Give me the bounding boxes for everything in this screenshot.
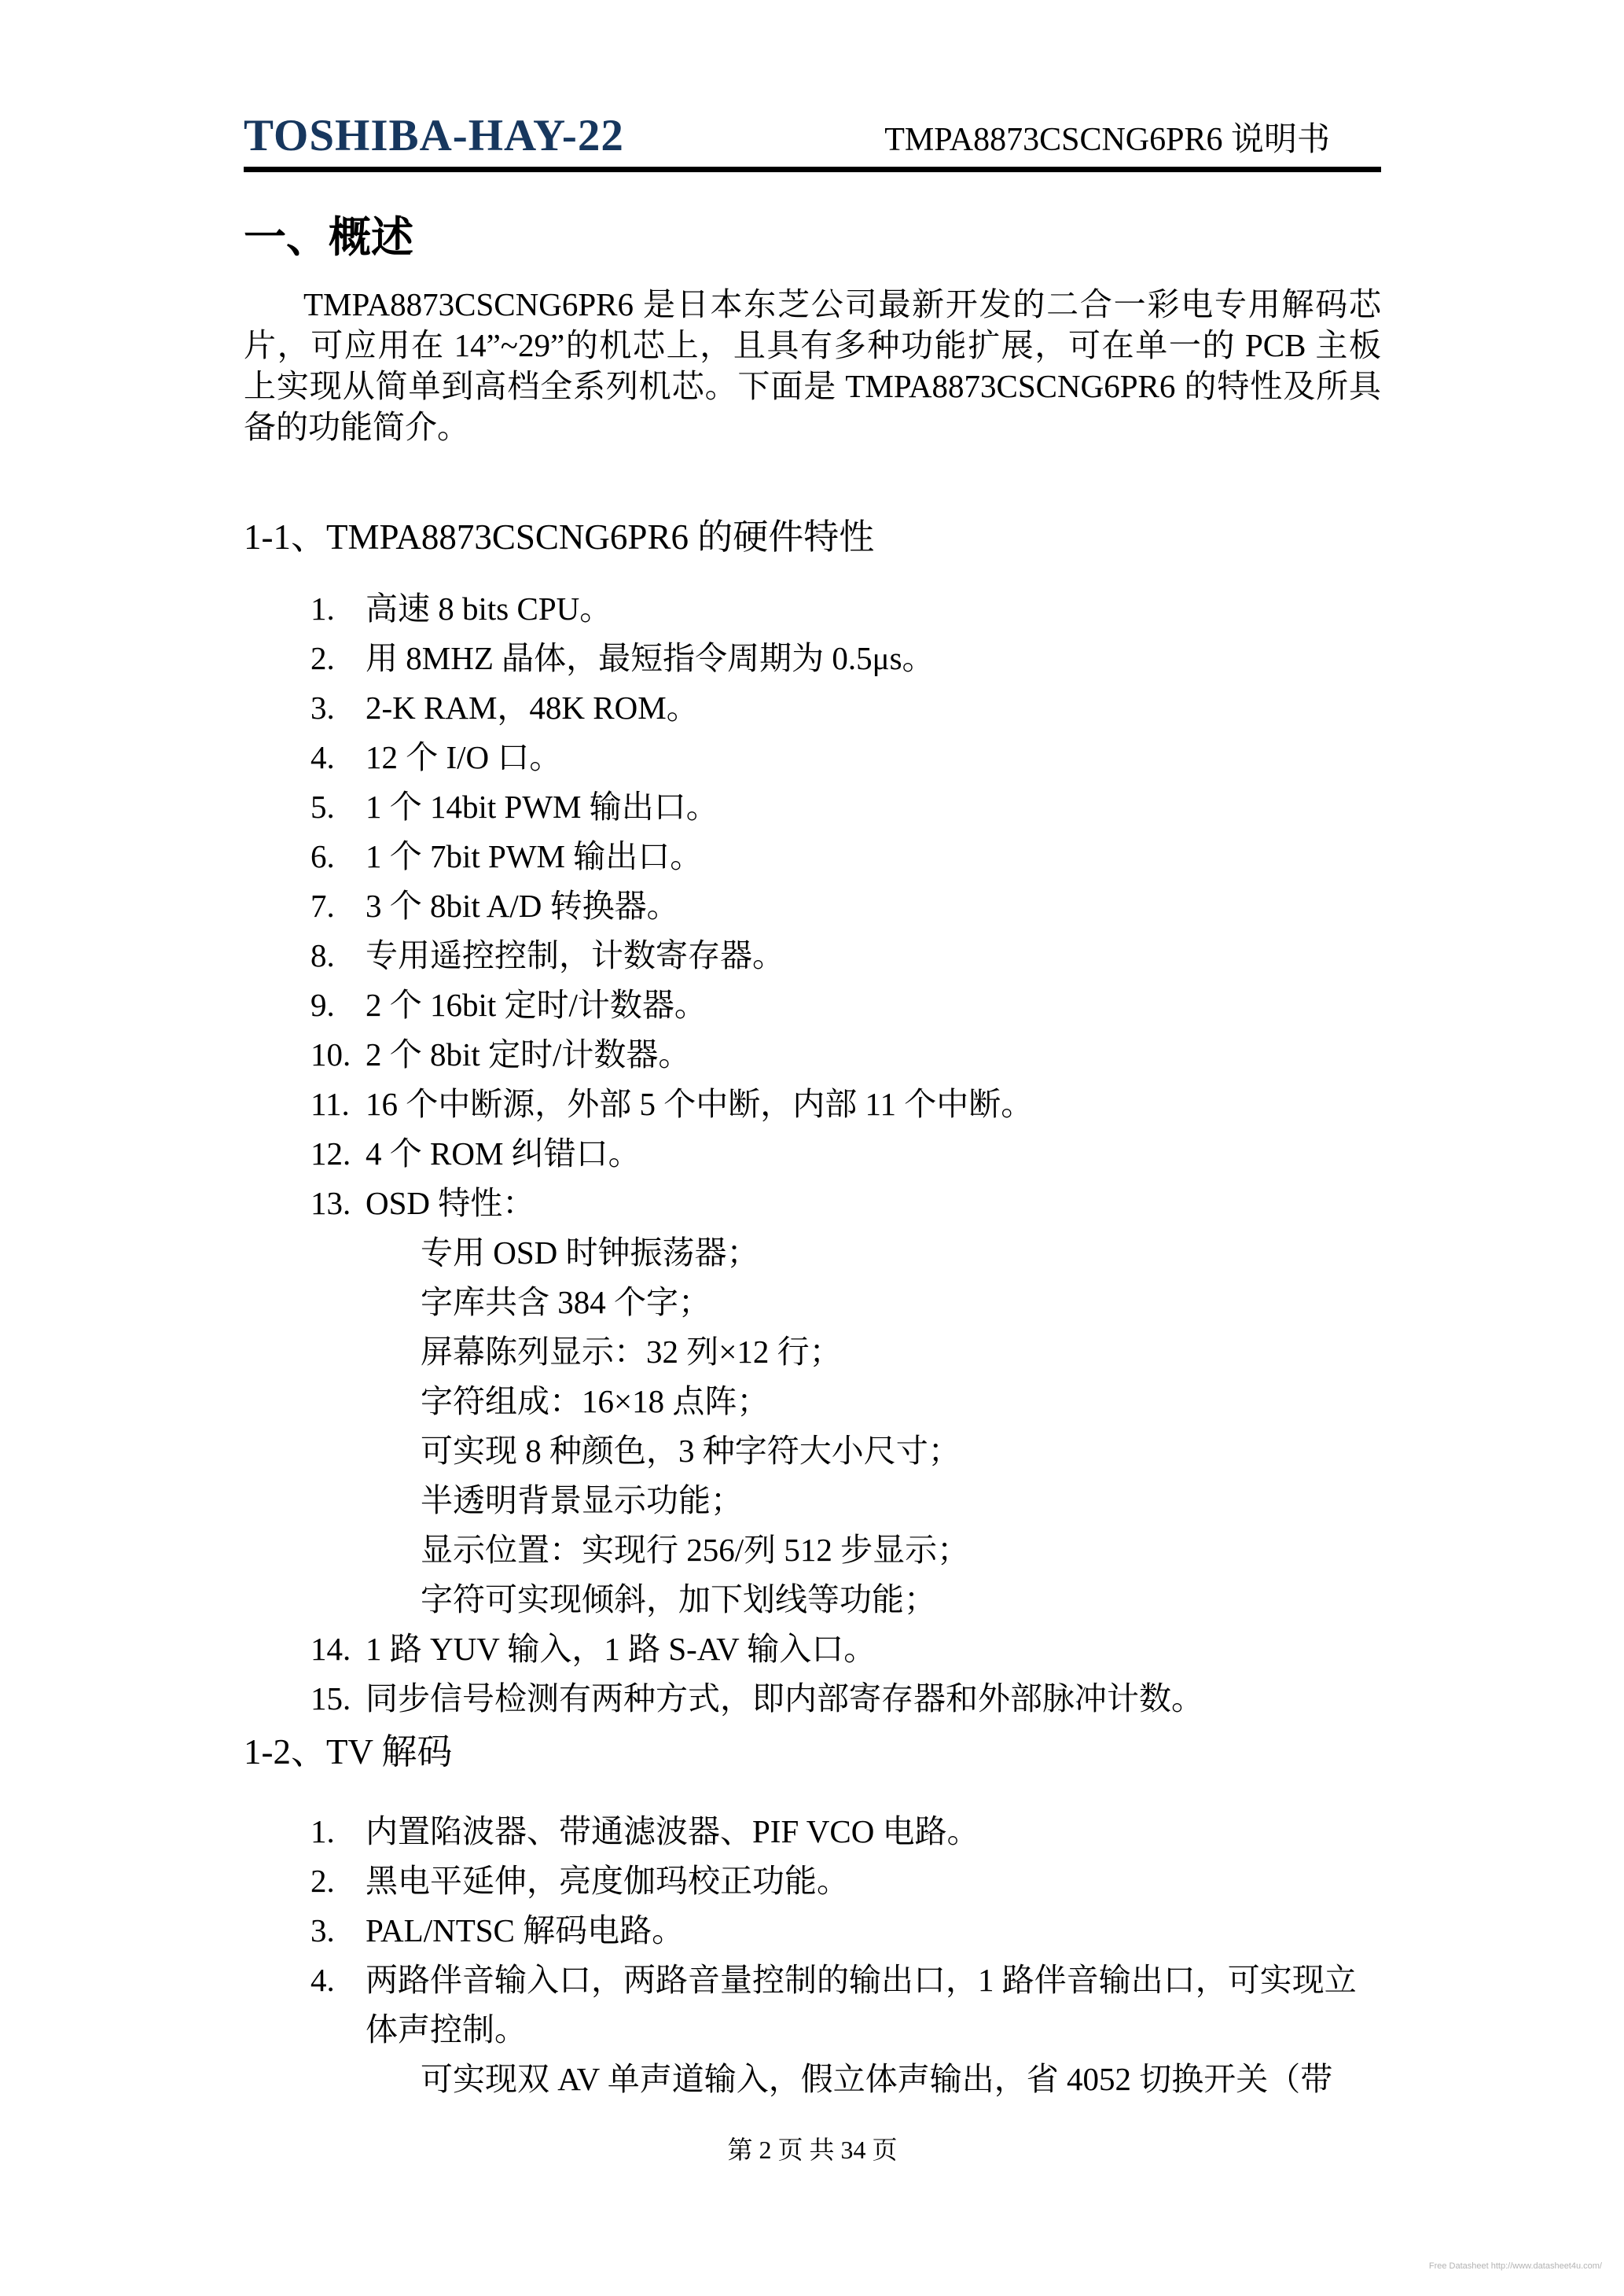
- list-item: 4.两路伴音输入口，两路音量控制的输出口，1 路伴音输出口，可实现立体声控制。: [244, 1956, 1381, 2055]
- hardware-feature-list: 1.高速 8 bits CPU。 2.用 8MHZ 晶体，最短指令周期为 0.5…: [244, 584, 1381, 1724]
- item-number: 3.: [310, 1906, 335, 1956]
- osd-detail-line: 字符可实现倾斜，加下划线等功能；: [244, 1575, 1381, 1624]
- list-item: 1.高速 8 bits CPU。: [244, 584, 1381, 634]
- list-item: 1.内置陷波器、带通滤波器、PIF VCO 电路。: [244, 1807, 1381, 1856]
- item-text: 2-K RAM，48K ROM。: [366, 690, 699, 726]
- header-doc-code: TOSHIBA-HAY-22: [244, 112, 624, 160]
- paragraph-line-3: 上实现从简单到高档全系列机芯。下面是 TMPA8873CSCNG6PR6 的特性…: [244, 366, 1381, 407]
- paragraph-line-2: 片，可应用在 14”~29”的机芯上，且具有多种功能扩展，可在单一的 PCB 主…: [244, 325, 1381, 366]
- list-item: 9.2 个 16bit 定时/计数器。: [244, 981, 1381, 1030]
- item-text: 1 个 14bit PWM 输出口。: [366, 789, 718, 825]
- watermark-text: Free Datasheet http://www.datasheet4u.co…: [1429, 2261, 1602, 2271]
- item-text: 2 个 16bit 定时/计数器。: [366, 987, 707, 1023]
- item-number: 6.: [310, 832, 335, 881]
- osd-detail-line: 半透明背景显示功能；: [244, 1476, 1381, 1525]
- osd-detail-line: 专用 OSD 时钟振荡器；: [244, 1228, 1381, 1278]
- page-content: TOSHIBA-HAY-22 TMPA8873CSCNG6PR6 说明书 一、概…: [244, 0, 1381, 2165]
- item-text: 高速 8 bits CPU。: [366, 591, 612, 627]
- list-item: 11.16 个中断源，外部 5 个中断，内部 11 个中断。: [244, 1080, 1381, 1129]
- page-header: TOSHIBA-HAY-22 TMPA8873CSCNG6PR6 说明书: [244, 112, 1381, 172]
- list-item: 4.12 个 I/O 口。: [244, 733, 1381, 782]
- list-item: 8.专用遥控控制，计数寄存器。: [244, 931, 1381, 981]
- item-number: 3.: [310, 683, 335, 733]
- list-item: 5.1 个 14bit PWM 输出口。: [244, 782, 1381, 832]
- paragraph-line-1: TMPA8873CSCNG6PR6 是日本东芝公司最新开发的二合一彩电专用解码芯: [244, 284, 1381, 325]
- item-text: 两路伴音输入口，两路音量控制的输出口，1 路伴音输出口，可实现立体声控制。: [366, 1962, 1357, 2048]
- item-text: 16 个中断源，外部 5 个中断，内部 11 个中断。: [366, 1086, 1033, 1122]
- osd-detail-line: 屏幕陈列显示：32 列×12 行；: [244, 1327, 1381, 1377]
- page-number: 第 2 页 共 34 页: [244, 2134, 1381, 2165]
- item-text: 黑电平延伸，亮度伽玛校正功能。: [366, 1863, 849, 1899]
- tv-section-heading: 1-2、TV 解码: [244, 1728, 1381, 1775]
- list-item: 13.OSD 特性：: [244, 1179, 1381, 1228]
- overview-paragraph: TMPA8873CSCNG6PR6 是日本东芝公司最新开发的二合一彩电专用解码芯…: [244, 284, 1381, 447]
- list-item: 2.用 8MHZ 晶体，最短指令周期为 0.5μs。: [244, 634, 1381, 683]
- osd-detail-line: 字符组成：16×18 点阵；: [244, 1377, 1381, 1426]
- item-text: 3 个 8bit A/D 转换器。: [366, 888, 679, 924]
- tv-feature-list: 1.内置陷波器、带通滤波器、PIF VCO 电路。 2.黑电平延伸，亮度伽玛校正…: [244, 1807, 1381, 2055]
- item-text: 专用遥控控制，计数寄存器。: [366, 937, 784, 973]
- item-number: 1.: [310, 584, 335, 634]
- list-item: 15.同步信号检测有两种方式，即内部寄存器和外部脉冲计数。: [244, 1674, 1381, 1724]
- item-text: 同步信号检测有两种方式，即内部寄存器和外部脉冲计数。: [366, 1680, 1203, 1716]
- list-item: 10.2 个 8bit 定时/计数器。: [244, 1030, 1381, 1080]
- item-number: 4.: [310, 1956, 335, 2005]
- list-item: 14.1 路 YUV 输入，1 路 S-AV 输入口。: [244, 1624, 1381, 1674]
- osd-detail-line: 字库共含 384 个字；: [244, 1278, 1381, 1327]
- item-text: 1 个 7bit PWM 输出口。: [366, 838, 702, 874]
- paragraph-line-4: 备的功能简介。: [244, 407, 1381, 447]
- osd-detail-line: 显示位置：实现行 256/列 512 步显示；: [244, 1525, 1381, 1575]
- overview-heading: 一、概述: [244, 213, 1381, 262]
- list-item: 6.1 个 7bit PWM 输出口。: [244, 832, 1381, 881]
- item-text: PAL/NTSC 解码电路。: [366, 1912, 684, 1948]
- item-number: 2.: [310, 634, 335, 683]
- document-page: TOSHIBA-HAY-22 TMPA8873CSCNG6PR6 说明书 一、概…: [0, 0, 1624, 2296]
- item-number: 8.: [310, 931, 335, 981]
- list-item: 3.2-K RAM，48K ROM。: [244, 683, 1381, 733]
- item-number: 2.: [310, 1856, 335, 1906]
- list-item: 12.4 个 ROM 纠错口。: [244, 1129, 1381, 1179]
- tv-item4-continuation: 可实现双 AV 单声道输入，假立体声输出，省 4052 切换开关（带: [244, 2055, 1381, 2104]
- item-text: 用 8MHZ 晶体，最短指令周期为 0.5μs。: [366, 640, 935, 676]
- hardware-section-heading: 1-1、TMPA8873CSCNG6PR6 的硬件特性: [244, 513, 1381, 561]
- item-text: 4 个 ROM 纠错口。: [366, 1135, 641, 1172]
- list-item: 3.PAL/NTSC 解码电路。: [244, 1906, 1381, 1956]
- list-item: 7.3 个 8bit A/D 转换器。: [244, 881, 1381, 931]
- item-number: 5.: [310, 782, 335, 832]
- item-text: OSD 特性：: [366, 1185, 535, 1221]
- item-number: 13.: [310, 1179, 351, 1228]
- item-number: 14.: [310, 1624, 351, 1674]
- item-text: 12 个 I/O 口。: [366, 739, 561, 775]
- item-number: 1.: [310, 1807, 335, 1856]
- item-number: 7.: [310, 881, 335, 931]
- osd-detail-line: 可实现 8 种颜色，3 种字符大小尺寸；: [244, 1426, 1381, 1476]
- item-text: 1 路 YUV 输入，1 路 S-AV 输入口。: [366, 1631, 876, 1667]
- item-number: 12.: [310, 1129, 351, 1179]
- list-item: 2.黑电平延伸，亮度伽玛校正功能。: [244, 1856, 1381, 1906]
- item-number: 4.: [310, 733, 335, 782]
- item-text: 内置陷波器、带通滤波器、PIF VCO 电路。: [366, 1813, 979, 1849]
- item-number: 9.: [310, 981, 335, 1030]
- item-number: 10.: [310, 1030, 351, 1080]
- header-doc-title: TMPA8873CSCNG6PR6 说明书: [884, 120, 1330, 160]
- item-number: 11.: [310, 1080, 350, 1129]
- item-text: 2 个 8bit 定时/计数器。: [366, 1036, 690, 1073]
- item-number: 15.: [310, 1674, 351, 1724]
